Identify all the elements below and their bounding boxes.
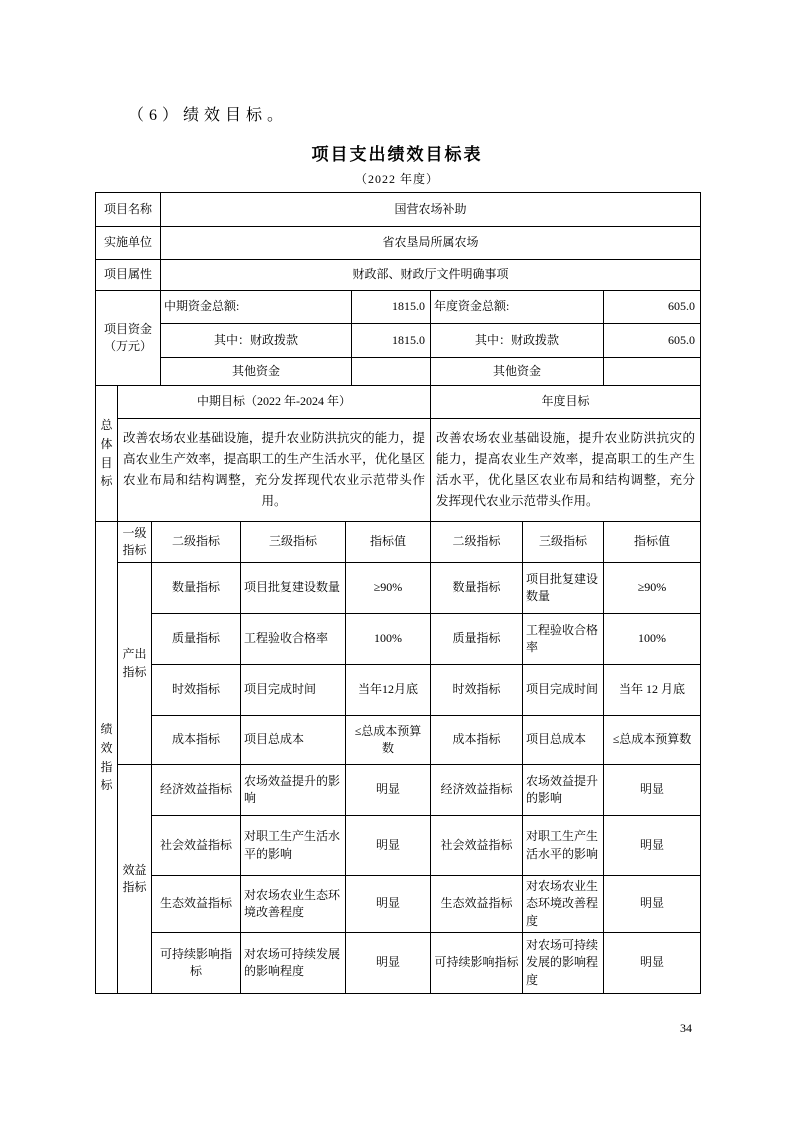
indicator-value-annual: 当年 12 月底 — [604, 665, 701, 716]
table-row: 产出指标 数量指标 项目批复建设数量 ≥90% 数量指标 项目批复建设数量 ≥9… — [96, 563, 701, 614]
indicator-level2: 时效指标 — [152, 665, 241, 716]
page-title: 项目支出绩效目标表 — [0, 140, 794, 165]
annual-goal-text: 改善农场农业基础设施，提升农业防洪抗灾的能力，提高农业生产效率，提高职工的生产生… — [431, 419, 701, 522]
header-level2: 二级指标 — [152, 522, 241, 563]
indicator-level2: 数量指标 — [152, 563, 241, 614]
indicator-value-annual: 明显 — [604, 816, 701, 876]
project-attribute-value: 财政部、财政厅文件明确事项 — [161, 260, 701, 291]
header-value: 指标值 — [346, 522, 431, 563]
indicator-level2: 经济效益指标 — [152, 765, 241, 816]
overall-goal-side-label: 总体目标 — [96, 386, 118, 522]
table-row: 项目名称 国营农场补助 — [96, 193, 701, 227]
group-output-label: 产出指标 — [118, 563, 152, 765]
table-row: 成本指标 项目总成本 ≤总成本预算数 成本指标 项目总成本 ≤总成本预算数 — [96, 716, 701, 765]
indicator-level3-annual: 农场效益提升的影响 — [523, 765, 604, 816]
header-level1: 一级指标 — [118, 522, 152, 563]
indicators-side-label: 绩效指标 — [96, 522, 118, 994]
header-level2-annual: 二级指标 — [431, 522, 523, 563]
indicator-level2: 可持续影响指标 — [152, 933, 241, 994]
indicator-level3-annual: 对农场农业生态环境改善程度 — [523, 876, 604, 933]
midterm-fiscal-label: 其中：财政拨款 — [161, 324, 352, 358]
document-page: （6）绩效目标。 项目支出绩效目标表 （2022 年度） 项目名称 国营农场补助… — [0, 0, 794, 1122]
indicator-value-annual: 100% — [604, 614, 701, 665]
indicator-level2: 成本指标 — [152, 716, 241, 765]
table-row: 总体目标 中期目标（2022 年-2024 年） 年度目标 — [96, 386, 701, 419]
indicator-level3-annual: 项目批复建设数量 — [523, 563, 604, 614]
table-row: 时效指标 项目完成时间 当年12月底 时效指标 项目完成时间 当年 12 月底 — [96, 665, 701, 716]
indicator-level3-annual: 工程验收合格率 — [523, 614, 604, 665]
indicator-value-annual: 明显 — [604, 933, 701, 994]
indicator-level3: 对职工生产生活水平的影响 — [241, 816, 346, 876]
annual-fiscal-value: 605.0 — [604, 324, 701, 358]
indicator-level3: 项目完成时间 — [241, 665, 346, 716]
table-row: 实施单位 省农垦局所属农场 — [96, 227, 701, 260]
table-row: 效益指标 经济效益指标 农场效益提升的影响 明显 经济效益指标 农场效益提升的影… — [96, 765, 701, 816]
annual-fiscal-label: 其中：财政拨款 — [431, 324, 604, 358]
annual-other-value — [604, 358, 701, 386]
indicator-value-annual: ≥90% — [604, 563, 701, 614]
page-subtitle: （2022 年度） — [0, 170, 794, 187]
annual-total-label: 年度资金总额: — [431, 291, 604, 324]
indicator-level2-annual: 经济效益指标 — [431, 765, 523, 816]
table-row: 生态效益指标 对农场农业生态环境改善程度 明显 生态效益指标 对农场农业生态环境… — [96, 876, 701, 933]
project-name-value: 国营农场补助 — [161, 193, 701, 227]
midterm-goal-text: 改善农场农业基础设施，提升农业防洪抗灾的能力，提高农业生产效率，提高职工的生产生… — [118, 419, 431, 522]
info-table: 项目名称 国营农场补助 实施单位 省农垦局所属农场 项目属性 财政部、财政厅文件… — [95, 192, 701, 291]
project-name-label: 项目名称 — [96, 193, 161, 227]
indicator-level2-annual: 成本指标 — [431, 716, 523, 765]
indicator-level3-annual: 项目完成时间 — [523, 665, 604, 716]
overall-goal-table: 总体目标 中期目标（2022 年-2024 年） 年度目标 改善农场农业基础设施… — [95, 385, 701, 522]
table-row: 可持续影响指标 对农场可持续发展的影响程度 明显 可持续影响指标 对农场可持续发… — [96, 933, 701, 994]
indicator-level2-annual: 质量指标 — [431, 614, 523, 665]
indicator-value: 明显 — [346, 876, 431, 933]
indicators-table: 绩效指标 一级指标 二级指标 三级指标 指标值 二级指标 三级指标 指标值 产出… — [95, 521, 701, 994]
page-number: 34 — [680, 1021, 692, 1036]
midterm-total-label: 中期资金总额: — [161, 291, 352, 324]
indicator-value-annual: 明显 — [604, 765, 701, 816]
indicator-level2-annual: 数量指标 — [431, 563, 523, 614]
implement-unit-value: 省农垦局所属农场 — [161, 227, 701, 260]
table-row: 质量指标 工程验收合格率 100% 质量指标 工程验收合格率 100% — [96, 614, 701, 665]
table-row: 其他资金 其他资金 — [96, 358, 701, 386]
table-row: 改善农场农业基础设施，提升农业防洪抗灾的能力，提高农业生产效率，提高职工的生产生… — [96, 419, 701, 522]
indicator-value: ≥90% — [346, 563, 431, 614]
indicator-level3: 项目总成本 — [241, 716, 346, 765]
header-value-annual: 指标值 — [604, 522, 701, 563]
indicator-level3-annual: 项目总成本 — [523, 716, 604, 765]
indicator-level3-annual: 对农场可持续发展的影响程度 — [523, 933, 604, 994]
indicator-level2: 生态效益指标 — [152, 876, 241, 933]
indicator-level3-annual: 对职工生产生活水平的影响 — [523, 816, 604, 876]
midterm-total-value: 1815.0 — [352, 291, 431, 324]
annual-other-label: 其他资金 — [431, 358, 604, 386]
funds-side-label: 项目资金（万元） — [96, 291, 161, 386]
funds-table: 项目资金（万元） 中期资金总额: 1815.0 年度资金总额: 605.0 其中… — [95, 290, 701, 386]
table-row: 项目属性 财政部、财政厅文件明确事项 — [96, 260, 701, 291]
annual-total-value: 605.0 — [604, 291, 701, 324]
indicator-level2: 社会效益指标 — [152, 816, 241, 876]
annual-goal-header: 年度目标 — [431, 386, 701, 419]
midterm-other-value — [352, 358, 431, 386]
indicator-level3: 对农场可持续发展的影响程度 — [241, 933, 346, 994]
indicator-value: 明显 — [346, 765, 431, 816]
indicator-value-annual: 明显 — [604, 876, 701, 933]
indicator-value: ≤总成本预算数 — [346, 716, 431, 765]
indicator-level2-annual: 时效指标 — [431, 665, 523, 716]
midterm-other-label: 其他资金 — [161, 358, 352, 386]
indicator-level2-annual: 生态效益指标 — [431, 876, 523, 933]
header-level3-annual: 三级指标 — [523, 522, 604, 563]
indicator-level3: 工程验收合格率 — [241, 614, 346, 665]
indicator-value: 明显 — [346, 816, 431, 876]
midterm-fiscal-value: 1815.0 — [352, 324, 431, 358]
group-benefit-label: 效益指标 — [118, 765, 152, 994]
table-row: 其中：财政拨款 1815.0 其中：财政拨款 605.0 — [96, 324, 701, 358]
indicator-level2-annual: 社会效益指标 — [431, 816, 523, 876]
indicator-level3: 对农场农业生态环境改善程度 — [241, 876, 346, 933]
indicator-value-annual: ≤总成本预算数 — [604, 716, 701, 765]
table-row: 项目资金（万元） 中期资金总额: 1815.0 年度资金总额: 605.0 — [96, 291, 701, 324]
indicator-level3: 农场效益提升的影响 — [241, 765, 346, 816]
indicator-value: 100% — [346, 614, 431, 665]
table-row: 社会效益指标 对职工生产生活水平的影响 明显 社会效益指标 对职工生产生活水平的… — [96, 816, 701, 876]
midterm-goal-header: 中期目标（2022 年-2024 年） — [118, 386, 431, 419]
indicator-value: 当年12月底 — [346, 665, 431, 716]
implement-unit-label: 实施单位 — [96, 227, 161, 260]
indicator-level2-annual: 可持续影响指标 — [431, 933, 523, 994]
project-attribute-label: 项目属性 — [96, 260, 161, 291]
table-header-row: 绩效指标 一级指标 二级指标 三级指标 指标值 二级指标 三级指标 指标值 — [96, 522, 701, 563]
section-heading: （6）绩效目标。 — [128, 102, 288, 125]
header-level3: 三级指标 — [241, 522, 346, 563]
indicator-value: 明显 — [346, 933, 431, 994]
indicator-level3: 项目批复建设数量 — [241, 563, 346, 614]
indicator-level2: 质量指标 — [152, 614, 241, 665]
performance-target-table: 项目名称 国营农场补助 实施单位 省农垦局所属农场 项目属性 财政部、财政厅文件… — [95, 192, 700, 994]
